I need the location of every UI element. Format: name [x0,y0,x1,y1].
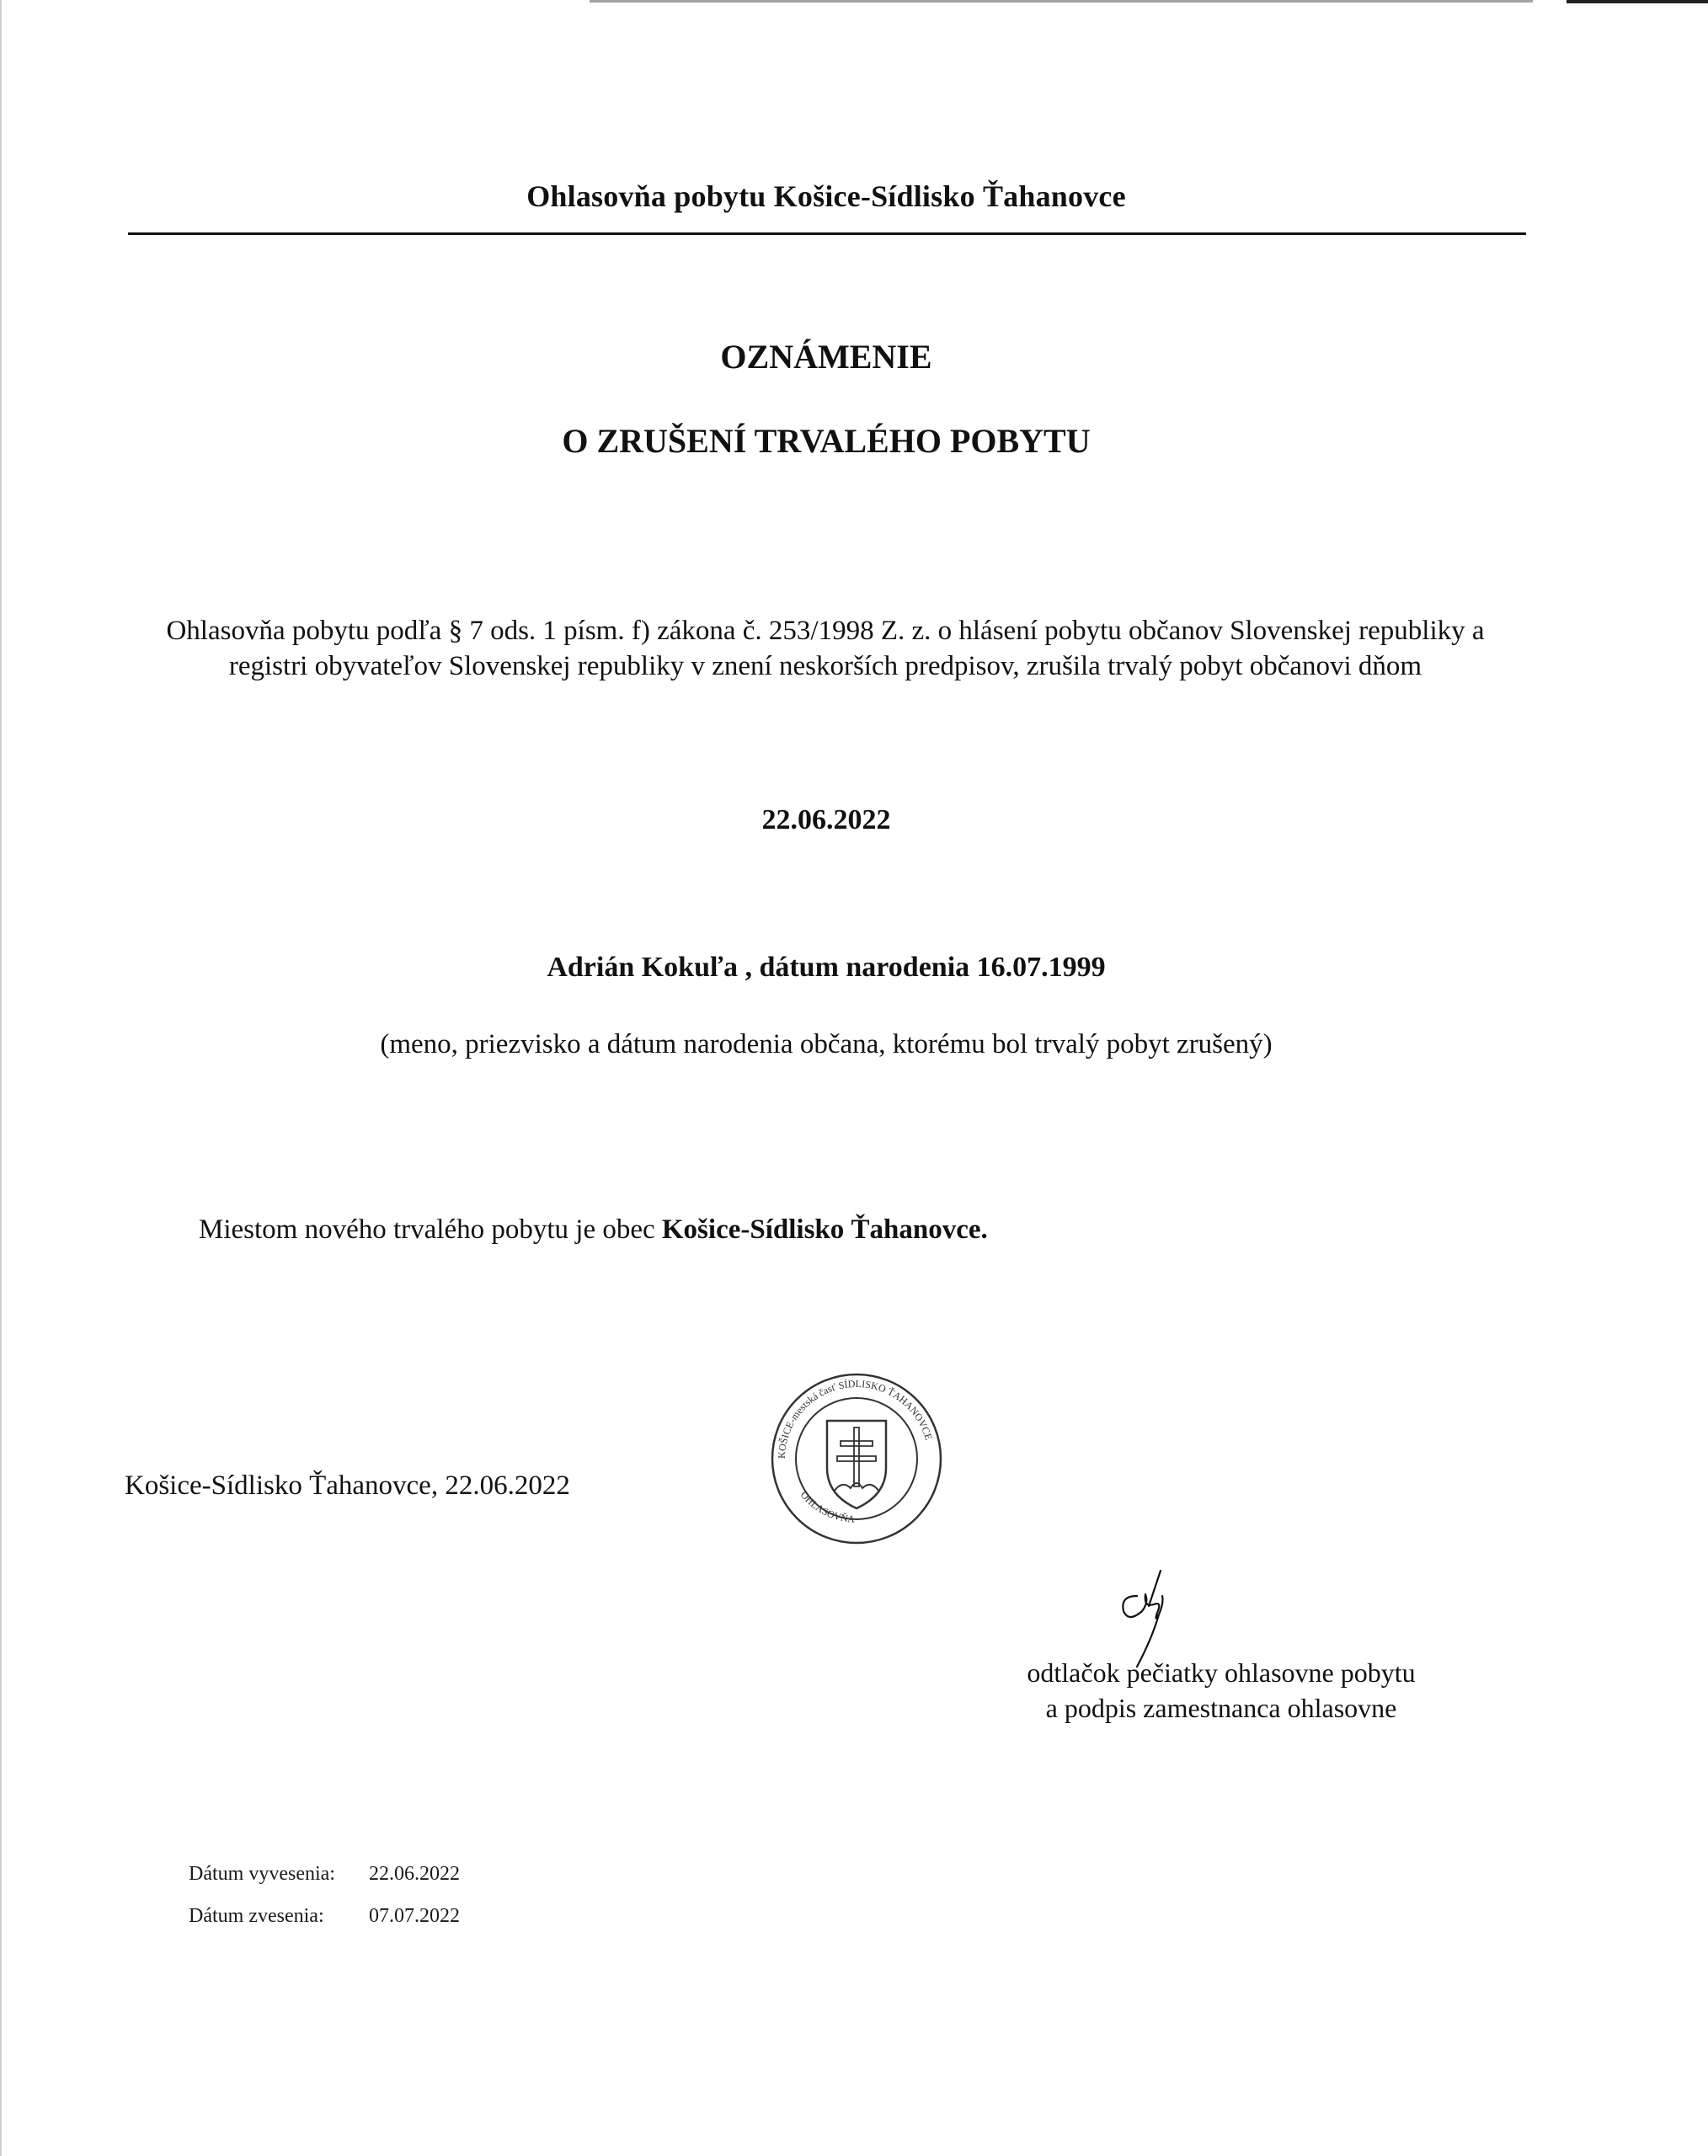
document-subtitle: O ZRUŠENÍ TRVALÉHO POBYTU [0,421,1652,461]
removed-date-row: Dátum zvesenia:07.07.2022 [189,1905,460,1928]
removed-date-label: Dátum zvesenia: [189,1905,369,1928]
posted-date-label: Dátum vyvesenia: [189,1863,369,1886]
office-header: Ohlasovňa pobytu Košice-Sídlisko Ťahanov… [0,179,1652,214]
scan-artifact-line [1567,0,1708,3]
new-residence-place: Košice-Sídlisko Ťahanovce. [662,1214,988,1245]
posted-date-value: 22.06.2022 [369,1863,460,1885]
new-residence-line: Miestom nového trvalého pobytu je obec K… [199,1214,988,1246]
signature-caption-line-2: a podpis zamestnanca ohlasovne [969,1690,1474,1726]
official-stamp-icon: KOŠICE-mestská časť SÍDLISKO ŤAHANOVCE O… [766,1369,947,1550]
svg-text:OHLASOVŇA: OHLASOVŇA [798,1489,856,1525]
posted-date-row: Dátum vyvesenia:22.06.2022 [189,1863,460,1886]
scan-artifact-line [590,0,1533,3]
signature-caption: odtlačok pečiatky ohlasovne pobytu a pod… [969,1655,1474,1726]
new-residence-prefix: Miestom nového trvalého pobytu je obec [199,1214,662,1245]
place-and-date: Košice-Sídlisko Ťahanovce, 22.06.2022 [125,1470,570,1502]
removed-date-value: 07.07.2022 [369,1905,460,1927]
scan-edge [0,0,2,2156]
stamp-bottom-text: OHLASOVŇA [798,1489,856,1525]
body-paragraph: Ohlasovňa pobytu podľa § 7 ods. 1 písm. … [143,613,1508,684]
cancellation-date: 22.06.2022 [0,804,1652,836]
person-details-note: (meno, priezvisko a dátum narodenia obča… [0,1029,1652,1060]
person-details: Adrián Kokuľa , dátum narodenia 16.07.19… [0,952,1652,984]
signature-caption-line-1: odtlačok pečiatky ohlasovne pobytu [969,1655,1474,1690]
header-divider [128,232,1526,235]
document-title: OZNÁMENIE [0,337,1652,376]
